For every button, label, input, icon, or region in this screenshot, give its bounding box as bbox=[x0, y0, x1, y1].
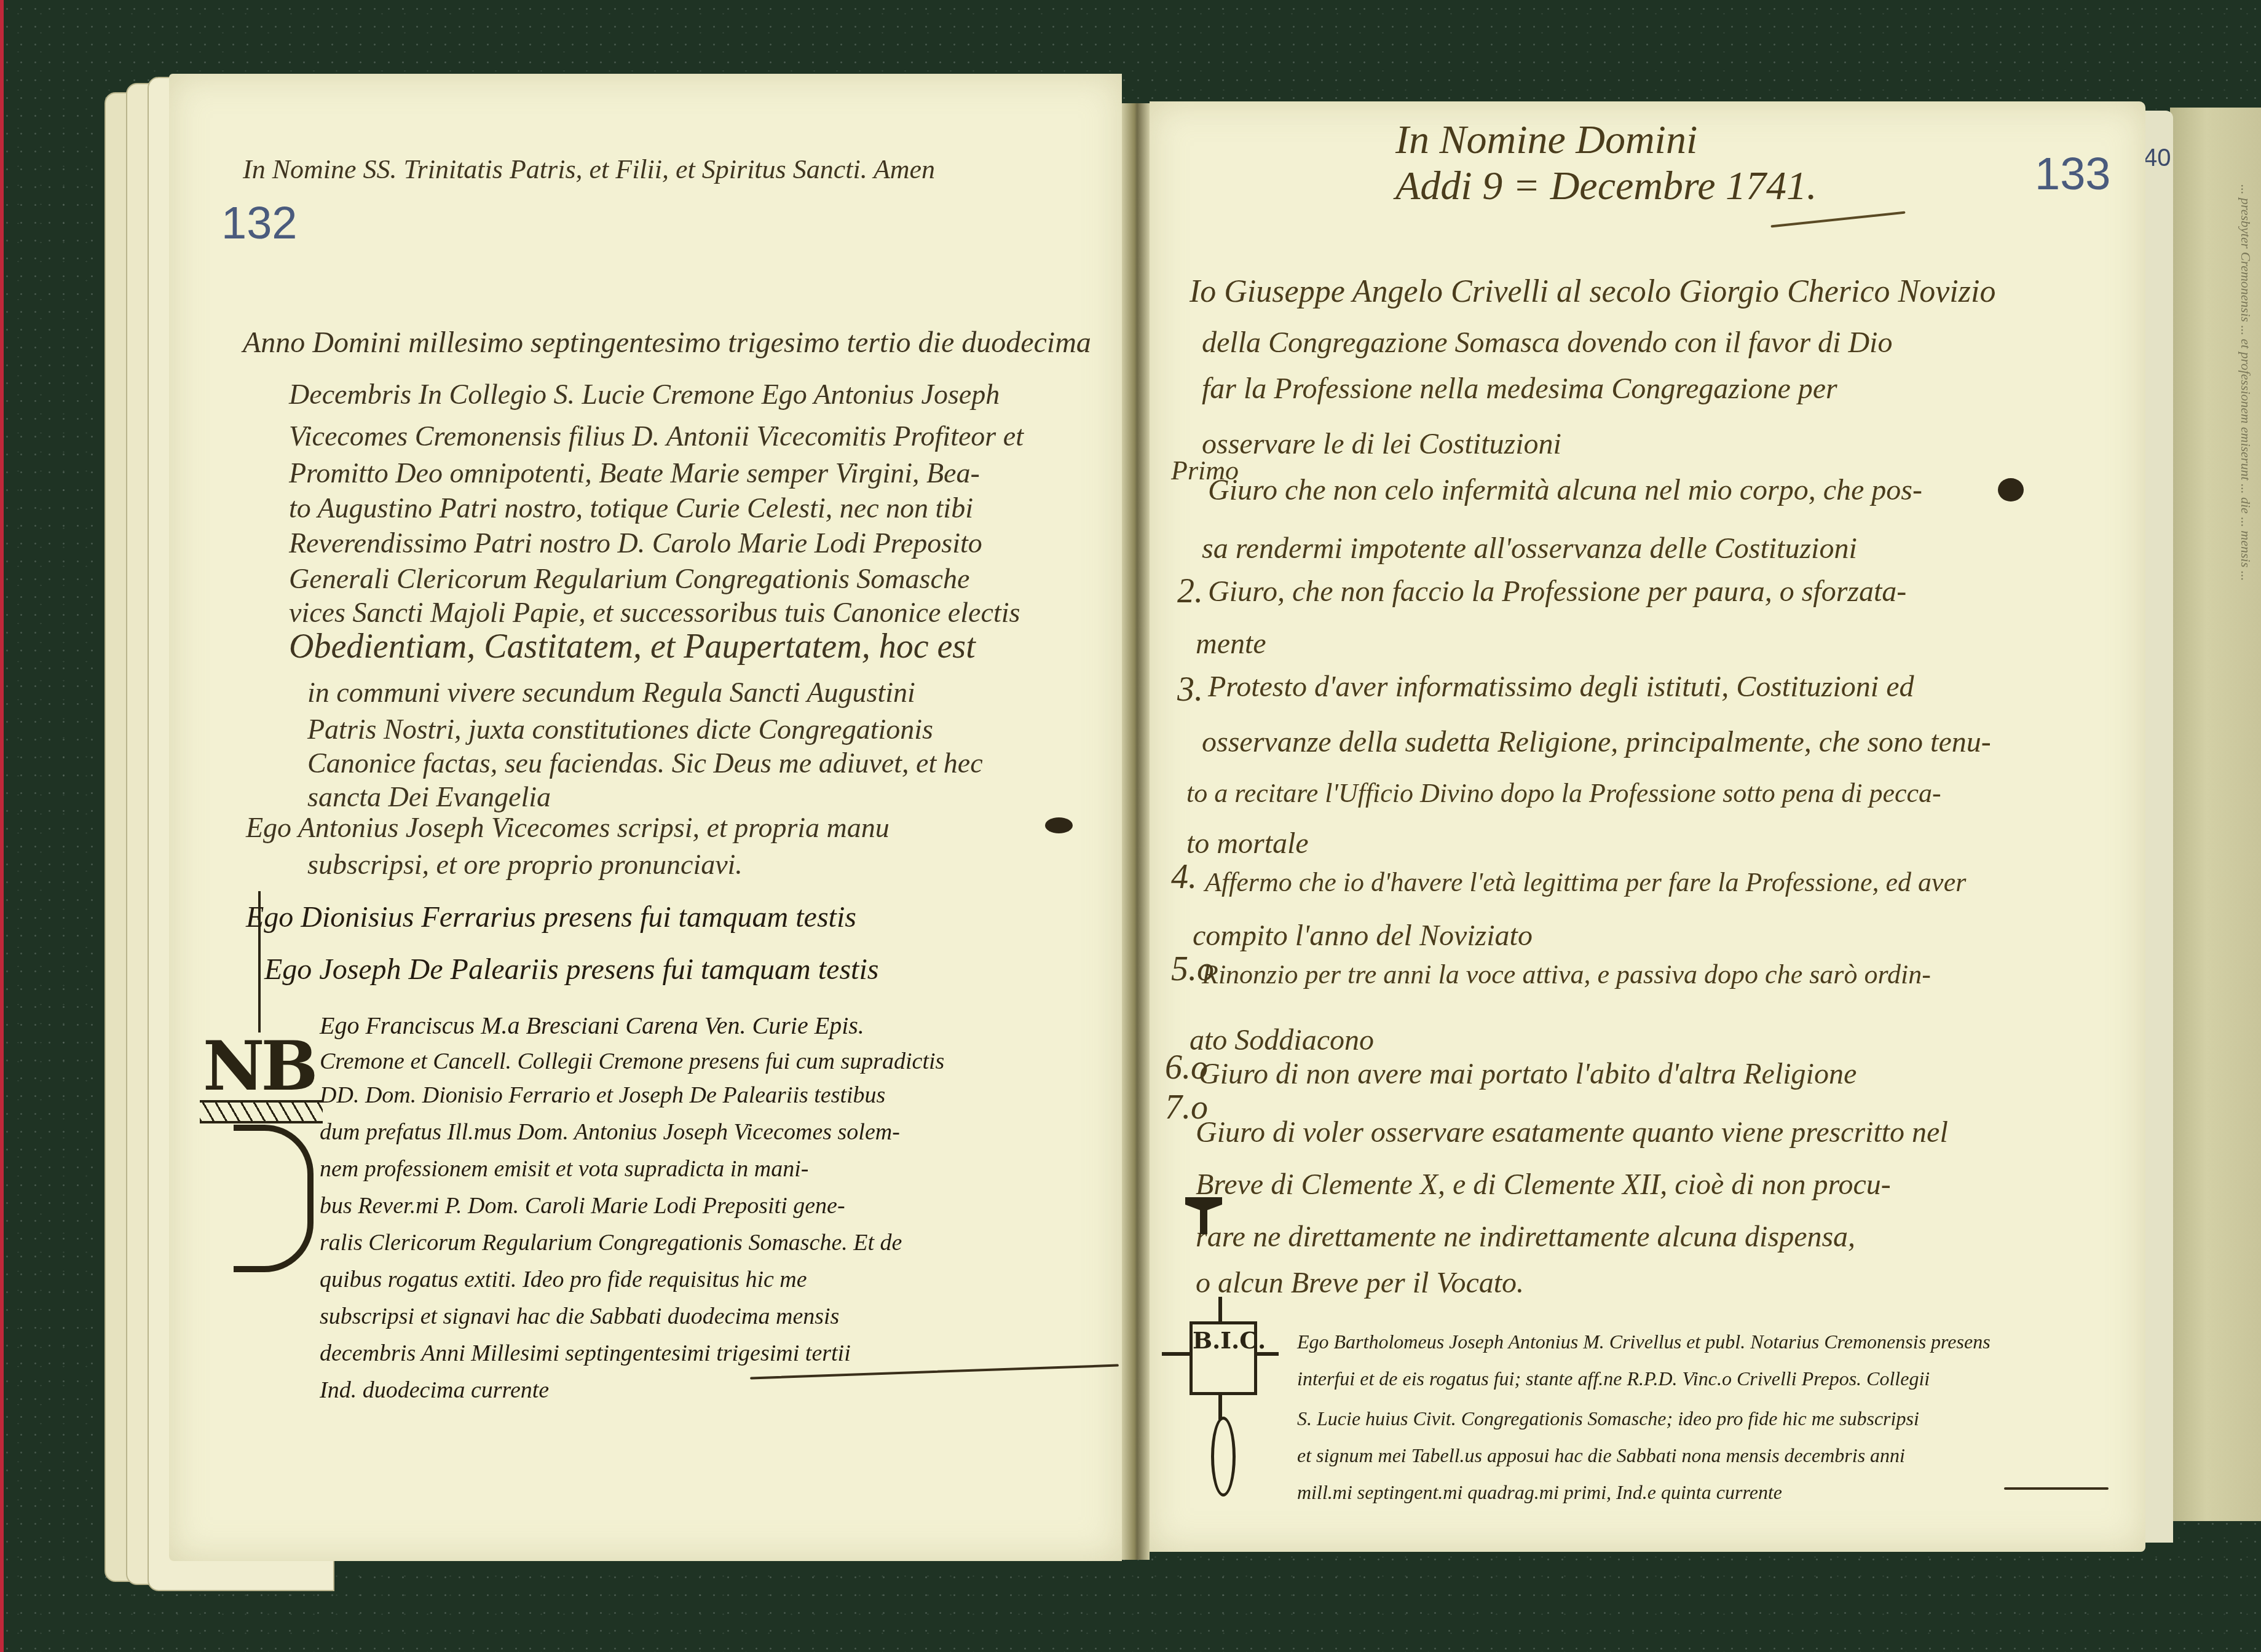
notary-mark-base bbox=[200, 1100, 323, 1123]
article-line: mente bbox=[1196, 627, 1266, 661]
article-line: Rinonzio per tre anni la voce attiva, e … bbox=[1202, 959, 1931, 990]
article-line: Giuro che non celo infermità alcuna nel … bbox=[1208, 473, 1922, 507]
ink-blot bbox=[1045, 817, 1073, 833]
article-line: ato Soddiacono bbox=[1190, 1023, 1374, 1057]
body-line: Anno Domini millesimo septingentesimo tr… bbox=[243, 326, 1091, 360]
notary-line: ralis Clericorum Regularium Congregation… bbox=[320, 1229, 902, 1256]
body-line: Canonice factas, seu faciendas. Sic Deus… bbox=[307, 747, 983, 779]
article-line: to a recitare l'Ufficio Divino dopo la P… bbox=[1186, 777, 1941, 809]
body-line: sancta Dei Evangelia bbox=[307, 781, 551, 813]
article-line: Affermo che io d'havere l'età legittima … bbox=[1205, 867, 1966, 898]
article-line: osservanze della sudetta Religione, prin… bbox=[1202, 725, 1991, 759]
notary-line: bus Rever.mi P. Dom. Caroli Marie Lodi P… bbox=[320, 1192, 845, 1219]
intro-line: Io Giuseppe Angelo Crivelli al secolo Gi… bbox=[1190, 273, 1995, 310]
article-line: Giuro di non avere mai portato l'abito d… bbox=[1199, 1057, 1857, 1091]
body-line: Obedientiam, Castitatem, et Paupertatem,… bbox=[289, 627, 976, 666]
notary-sign-tail bbox=[1211, 1417, 1236, 1497]
signature-line: subscripsi, et ore proprio pronunciavi. bbox=[307, 848, 743, 881]
article-line: Breve di Clemente X, e di Clemente XII, … bbox=[1196, 1168, 1891, 1202]
right-heading-1: In Nomine Domini bbox=[1395, 117, 1697, 163]
article-marker: 3. bbox=[1177, 670, 1203, 709]
adjacent-folio-number: 40 bbox=[2144, 144, 2171, 172]
notary-line: interfui et de eis rogatus fui; stante a… bbox=[1297, 1367, 1930, 1390]
notary-line: nem professionem emisit et vota supradic… bbox=[320, 1155, 808, 1182]
scan-edge-marker bbox=[0, 0, 4, 1652]
notary-line: Ego Franciscus M.a Bresciani Carena Ven.… bbox=[320, 1011, 864, 1040]
notary-line: quibus rogatus extiti. Ideo pro fide req… bbox=[320, 1266, 807, 1293]
notary-line: Cremone et Cancell. Collegii Cremone pre… bbox=[320, 1048, 944, 1075]
notary-line: Ind. duodecima currente bbox=[320, 1377, 549, 1404]
adjacent-leaf-text: ... presbyter Cremonensis ... et profess… bbox=[2176, 184, 2256, 1352]
article-marker: 4. bbox=[1171, 857, 1197, 897]
notary-line: DD. Dom. Dionisio Ferrario et Joseph De … bbox=[320, 1082, 885, 1109]
signature-line: Ego Antonius Joseph Vicecomes scripsi, e… bbox=[246, 811, 890, 844]
notary-mark-stem bbox=[258, 891, 261, 1032]
notary-line: S. Lucie huius Civit. Congregationis Som… bbox=[1297, 1407, 1919, 1430]
body-line: Vicecomes Cremonensis filius D. Antonii … bbox=[289, 420, 1024, 452]
body-line: in communi vivere secundum Regula Sancti… bbox=[307, 676, 915, 709]
intro-line: osservare le di lei Costituzioni bbox=[1202, 427, 1561, 461]
article-line: sa rendermi impotente all'osservanza del… bbox=[1202, 532, 1857, 565]
article-marker: 2. bbox=[1177, 572, 1203, 611]
article-line: compito l'anno del Noviziato bbox=[1193, 919, 1533, 953]
body-line: to Augustino Patri nostro, totique Curie… bbox=[289, 492, 973, 524]
article-line: o alcun Breve per il Vocato. bbox=[1196, 1266, 1524, 1300]
right-folio-number: 133 bbox=[2035, 147, 2110, 200]
notary-line: subscripsi et signavi hac die Sabbati du… bbox=[320, 1303, 839, 1330]
notary-line: Ego Bartholomeus Joseph Antonius M. Criv… bbox=[1297, 1331, 1991, 1353]
notary-mark-flourish bbox=[234, 1125, 314, 1272]
witness-line: Ego Joseph De Paleariis presens fui tamq… bbox=[264, 953, 878, 986]
book-gutter bbox=[1122, 103, 1150, 1560]
notary-line: et signum mei Tabell.us apposui hac die … bbox=[1297, 1444, 1905, 1467]
body-line: Patris Nostri, juxta constitutiones dict… bbox=[307, 713, 933, 745]
notary-sign-letters: B.I.C. bbox=[1190, 1321, 1257, 1395]
article-line: Giuro di voler osservare esatamente quan… bbox=[1196, 1115, 1948, 1149]
body-line: Promitto Deo omnipotenti, Beate Marie se… bbox=[289, 457, 980, 489]
notary-line: mill.mi septingent.mi quadrag.mi primi, … bbox=[1297, 1481, 1782, 1504]
body-line: Decembris In Collegio S. Lucie Cremone E… bbox=[289, 378, 1000, 411]
article-line: rare ne direttamente ne indirettamente a… bbox=[1196, 1220, 1855, 1254]
ink-blot bbox=[1998, 478, 2024, 502]
article-line: Protesto d'aver informatissimo degli ist… bbox=[1208, 670, 1914, 704]
notary-line: decembris Anni Millesimi septingentesimi… bbox=[320, 1340, 851, 1367]
left-heading: In Nomine SS. Trinitatis Patris, et Fili… bbox=[243, 154, 935, 185]
body-line: vices Sancti Majoli Papie, et successori… bbox=[289, 596, 1020, 629]
intro-line: della Congregazione Somasca dovendo con … bbox=[1202, 326, 1892, 360]
body-line: Reverendissimo Patri nostro D. Carolo Ma… bbox=[289, 527, 982, 559]
left-folio-number: 132 bbox=[221, 197, 297, 249]
notary-mark-nb: NB bbox=[203, 1026, 315, 1106]
notary-line: dum prefatus Ill.mus Dom. Antonius Josep… bbox=[320, 1119, 900, 1146]
body-line: Generali Clericorum Regularium Congregat… bbox=[289, 562, 969, 595]
closing-rule bbox=[2004, 1487, 2109, 1490]
article-line: Giuro, che non faccio la Professione per… bbox=[1208, 575, 1906, 608]
notary-sign-bic: B.I.C. bbox=[1162, 1297, 1279, 1420]
article-line: to mortale bbox=[1186, 827, 1309, 860]
witness-line: Ego Dionisius Ferrarius presens fui tamq… bbox=[246, 900, 856, 934]
right-heading-2: Addi 9 = Decembre 1741. bbox=[1395, 163, 1817, 210]
intro-line: far la Professione nella medesima Congre… bbox=[1202, 372, 1837, 406]
